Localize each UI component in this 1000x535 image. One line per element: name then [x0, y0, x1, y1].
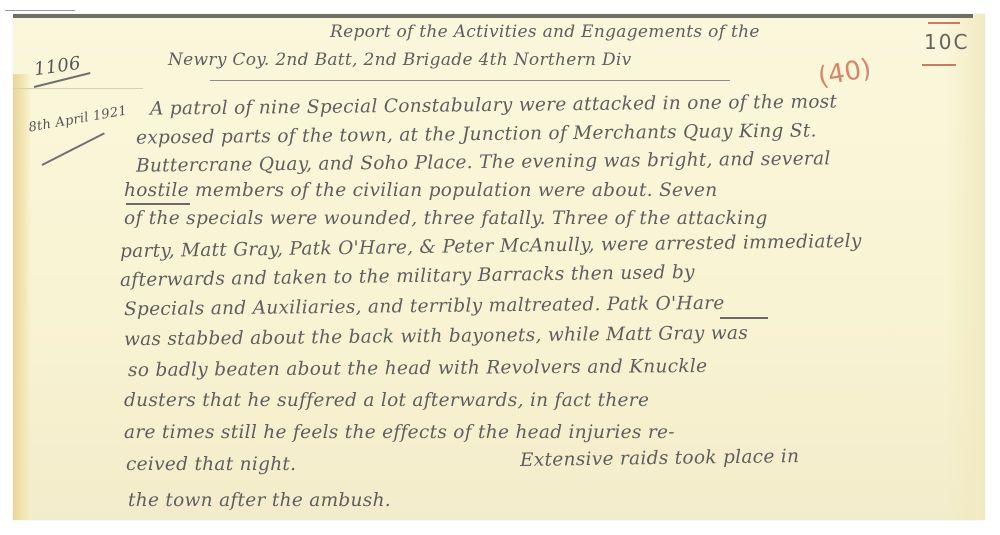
body-line-10: so badly beaten about the head with Revo… — [128, 356, 707, 381]
paper-left-edge-stain — [13, 74, 31, 520]
reference-number: 10C — [924, 30, 969, 54]
heading-underline — [210, 80, 730, 81]
body-line-5: of the specials were wounded, three fata… — [124, 208, 768, 229]
body-line-13: ceived that night. — [126, 454, 296, 475]
heading-line-1: Report of the Activities and Engagements… — [330, 22, 760, 42]
body-line-12: are times still he feels the effects of … — [124, 422, 675, 443]
underline-maltreated — [720, 317, 768, 319]
ref-top-bar — [928, 22, 960, 24]
margin-divider — [13, 88, 143, 89]
body-line-4: hostile members of the civilian populati… — [124, 180, 718, 201]
body-line-11: dusters that he suffered a lot afterward… — [124, 390, 649, 411]
top-rule-line — [13, 14, 973, 18]
body-line-14: Extensive raids took place in — [520, 446, 800, 471]
reference-number-box: 10C — [920, 22, 966, 68]
paper-right-edge-shade — [945, 14, 985, 520]
faint-rule — [5, 10, 75, 11]
underline-hostile — [126, 203, 190, 205]
body-line-15: the town after the ambush. — [128, 490, 391, 511]
ref-bottom-bar — [922, 64, 956, 66]
heading-line-2: Newry Coy. 2nd Batt, 2nd Brigade 4th Nor… — [168, 50, 632, 70]
